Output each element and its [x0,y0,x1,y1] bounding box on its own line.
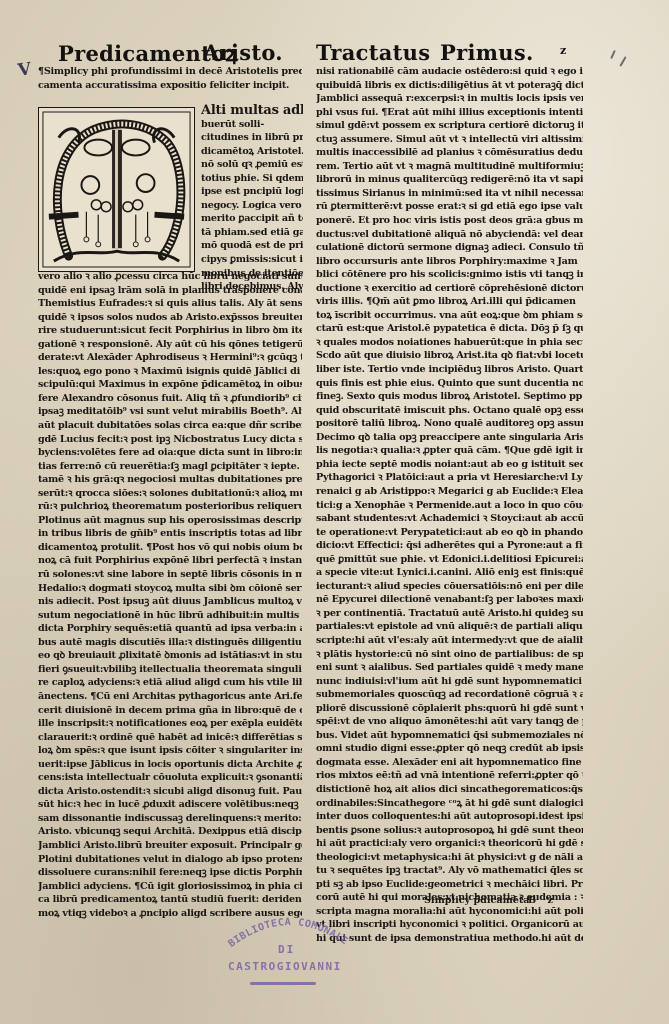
text-line: cens:ista intellectualr cōuoluta explicu… [38,771,302,785]
text-line: nē Epycurei dilectionē venabant:ſꝫ per l… [316,593,583,607]
text-line: rū ꝑtermitterē:vt posse erat:ꝛ si gd eti… [316,200,583,214]
text-line: ¶Simplicy phi profundissimi in decē Aris… [38,65,302,79]
incipit: ¶Simplicy phi profundissimi in decē Aris… [38,65,302,92]
text-line: dissoluere curans:nihil fere:neqꝫ ipse d… [38,866,302,880]
text-line: Jamblici Aristo.librū breuiter exposuit.… [38,839,302,853]
text-line: rem. Tertio aūt vt ꝛ magnā multitudinē m… [316,160,583,174]
text-line: rios mixtos eē:tñ ad vnā intentionē refe… [316,769,583,783]
text-line: loꝝ ꝺm spēs:ꝛ que isunt ipsis cōiter ꝛ s… [38,744,302,758]
left-column-body: vero alio ꝛ alio ꝓcessu circa hūc librū … [38,270,302,920]
header-word: Aristo. [203,40,283,65]
paper-speck [619,56,626,67]
text-line: derate:vt Alexāder Aphrodiseus ꝛ Hermini… [38,351,302,365]
text-line: Plotinus aūt magnus sup his operosissima… [38,514,302,528]
text-line: ānectens. ¶Cū eni Architas pythagoricus … [38,690,302,704]
text-line: tici:g a Xenophāe ꝛ Permenide.aut a loco… [316,499,583,513]
text-line: totius phie. Si qdem [201,172,303,186]
text-line: scripte:hi aūt vl'es:aly aūt intermedy:v… [316,634,583,648]
text-line: quis finis est phie eius. Quinto que sun… [316,377,583,391]
text-line: nis adiecit. Post ipsuꝫ aūt diuus Jambli… [38,595,302,609]
text-line: bus. Videt aūt hypomnematici q̄si submem… [316,729,583,743]
text-line: rū:ꝛ pulchrioꝝ theorematum posterioribus… [38,500,302,514]
text-line: noꝝ cā fuit Porphirius expōnē libri perf… [38,554,302,568]
catchword: Simplicy p̄dicamēta [424,895,530,906]
text-line: clarauerit:ꝛ ordinē quē habēt ad inicē:ꝛ… [38,731,302,745]
text-line: dicta Porphiry sequēs:etiā quantū ad ips… [38,622,302,636]
stamp-di: DI [278,943,295,956]
text-line: simul gdē:vt possem ex scriptura certior… [316,119,583,133]
text-line: fineꝫ. Sexto quis modus libroꝝ Aristotel… [316,390,583,404]
signature-mark: B z [528,895,553,906]
text-line: theologici:vt metaphysica:hi āt physici:… [316,851,583,865]
text-line: buerūt solli- [201,118,303,132]
stamp-city: CASTROGIOVANNI [228,960,342,973]
text-line: merito ꝑaccipit añ to [201,212,303,226]
text-line: Scdo aūt que diuisio libroꝝ Arist.ita qꝺ… [316,349,583,363]
text-line: te operatione:vt Perypatetici:aut ab eo … [316,526,583,540]
text-line: pliorē discussionē cōplaierit phs:quorū … [316,702,583,716]
text-line: sam dissonantie indiscussaꝫ derelinquens… [38,812,302,826]
text-line: tā phiam.sed etiā ga [201,226,303,240]
text-line: les:quoꝝ ego pono ꝛ Maximū isignis quidē… [38,365,302,379]
text-line: sutum negociationē in hūc librū adhibuit… [38,609,302,623]
text-line: viris illis. ¶Qm̄ aūt ꝑmo libroꝝ Ari.ill… [316,295,583,309]
library-stamp: BIBLIOTECA COMUNALE DI CASTROGIOVANNI [220,905,360,990]
right-column-body: nisi rationabilē cām audacie ostēdero:si… [316,65,583,946]
text-line: Decimo qꝺ talia opꝫ preaccipere ante sin… [316,431,583,445]
text-line: ctuꝫ assumere. Simul aūt vt ꝛ intellectū… [316,133,583,147]
text-line: citudines in librū pre [201,131,303,145]
folio-number: z [560,44,567,57]
text-line: eo qꝺ breuiauit ꝓlixitatē ꝺmonis ad istā… [38,649,302,663]
text-line: quidē eni ipsaꝫ lrām solā in planius trā… [38,284,302,298]
text-line: ille inscripsit:ꝛ notificationes eoꝝ per… [38,717,302,731]
text-line: iecturant:ꝛ aliud species cōuersatiōis:n… [316,580,583,594]
text-line: culationē dictorū sermone dignaꝫ adieci.… [316,241,583,255]
text-line: gdē Lucius fecit:ꝛ post ipꝫ Nicbostratus… [38,433,302,447]
text-line: distictionē hoꝝ ait alios dici sincatheg… [316,783,583,797]
text-line: nisi rationabilē cām audacie ostēdero:si… [316,65,583,79]
text-line: Alti multas adhi [201,104,303,118]
text-line: ꝛ per continentiā. Tractatuū autē Aristo… [316,607,583,621]
text-line: re caploꝝ adyciens:ꝛ etiā aliud aligd cu… [38,676,302,690]
text-line: a specie vite:ut Lynici.i.canini. Aliō e… [316,566,583,580]
text-line: ꝛ quales modos noiationes habuerūt:que i… [316,336,583,350]
text-line: Hedalio:ꝛ dogmati stoycoꝝ multa sibi ꝺm … [38,582,302,596]
text-line: tu ꝛ sequētes ipꝫ tractat⁹. Aly vō mathe… [316,864,583,878]
text-line: cerit diuisionē in decem prima gña in li… [38,704,302,718]
text-line: camenta accuratissima expositio felicite… [38,79,302,93]
text-line: Themistius Eufrades:ꝛ si quis alius tali… [38,297,302,311]
text-line: dicio:vt Effectici: q̄si adherētes qui a… [316,539,583,553]
text-line: rū solones:vt sine labore in septē libri… [38,568,302,582]
text-line: ductus:vel dubitationē aliquā nō abycien… [316,228,583,242]
text-line: ipsaꝫ meditatōib⁹ vsi sunt velut mirabil… [38,405,302,419]
text-line: ꝛ plātis hystorie:cū nō sint oino de par… [316,648,583,662]
text-line: renaici g ab Aristippo:ꝛ Megarici g ab E… [316,485,583,499]
header-word: Tractatus [316,40,430,65]
text-line: sabant studentes:vt Achademici ꝛ Stoyci:… [316,512,583,526]
text-line: multis inaccessibilē ad planius ꝛ cōmēsu… [316,146,583,160]
text-line: ordinabiles:Sincathegore ᶜᵒꝝ āt hi gdē s… [316,797,583,811]
text-line: sūt hic:ꝛ hec in lucē ꝓduxit adiscere vo… [38,798,302,812]
text-line: dogmata esse. Alexāder eni ait hypomnema… [316,756,583,770]
text-line: eni sunt ꝛ aialibus. Sed partiales quidē… [316,661,583,675]
text-line: mō quodā est de prin [201,239,303,253]
text-line: nō solū qꝛ ꝓemiū est [201,158,303,172]
text-line: partiales:vt epistole ad vnū aliquē:ꝛ de… [316,620,583,634]
text-line: liber iste. Tertio vnde incipiēduꝫ libro… [316,363,583,377]
text-line: Jamblici assequā r:excerpsi:ꝛ in multis … [316,92,583,106]
text-line: quid obscuritatē imiscuit phs. Octano qu… [316,404,583,418]
text-line: quē ꝑmittūt sue phie. vt Edonici.i.delit… [316,553,583,567]
text-line: uerit:ipse Jāblicus in locis oportunis d… [38,758,302,772]
running-header: Predicamentoꝝ Aristo. Tractatus Primus. … [58,40,598,66]
text-line: Pythagorici ꝛ Platōici:aut a pria vt Her… [316,471,583,485]
floral-initial-icon [39,108,194,271]
text-line: ipse est pncipiū logici [201,185,303,199]
text-line: dicta Aristo.ostendit:ꝛ sicubi aligd dis… [38,785,302,799]
text-line: tias ferre:nō cū reuerētia:ſꝫ magl ꝑcipi… [38,460,302,474]
text-line: inter duos colloquentes:hi aūt autoproso… [316,810,583,824]
text-line: fieri ꝯsueuit:vbilibꝫ itellectualia theo… [38,663,302,677]
document-page: V Predicamentoꝝ Aristo. Tractatus Primus… [0,0,669,1024]
text-line: dicamētoꝝ Aristotel. [201,145,303,159]
text-line: Plotini dubitationes velut in dialogo ab… [38,853,302,867]
text-line: bus autē magis discutiēs illa:ꝛ distingu… [38,636,302,650]
text-line: dicamentoꝝ protulit. ¶Post hos vō qui no… [38,541,302,555]
text-line: quibuidā libris ex dictis:diligētius āt … [316,79,583,93]
decorated-initial-woodcut [38,107,195,272]
header-word: Primus. [440,40,534,65]
text-line: rire studuerunt:sicut fecit Porphirius i… [38,324,302,338]
text-line: quidē ꝛ ipsos solos nudos ab Aristo.exp̄… [38,311,302,325]
text-line: fere Alexandro cōsonus fuit. Aliq tñ ꝛ ꝓ… [38,392,302,406]
paper-speck [610,50,616,59]
text-line: negocy. Logica vero [201,199,303,213]
text-line: serūt:ꝛ qrocca siōes:ꝛ solones dubitatio… [38,487,302,501]
text-beside-initial: Alti multas adhi buerūt solli- citudines… [201,104,303,294]
text-line: gationē ꝛ responsionē. Aly aūt cū his qō… [38,338,302,352]
text-line: submemoriales quoscūqꝫ ad recordationē c… [316,688,583,702]
text-line: aūt placuit dubitatōes solas circa ea:qu… [38,419,302,433]
text-line: cipys ꝑmissis:sicut i ser [201,253,303,267]
text-line: phia iecte septē modis noiant:aut ab eo … [316,458,583,472]
text-line: omni studio digni esse:ꝓpter qō neqꝫ cre… [316,742,583,756]
text-line: hi aūt practici:aly vero organici:ꝛ theo… [316,837,583,851]
text-line: phi vsus fui. ¶Erat aūt mihi illius exce… [316,106,583,120]
text-line: toꝝ īscribit occurrimus. vna aūt eoꝝ:que… [316,309,583,323]
text-line: in tribus libris de gn̄ib⁹ entis inscrip… [38,527,302,541]
text-line: Aristo. vbicunqꝫ sequi Architā. Dexippus… [38,825,302,839]
stamp-underline [250,982,316,985]
text-line: librorū in minus qualitercūqꝫ redigerē:n… [316,173,583,187]
text-line: ponerē. Et pro hoc viris istis post deos… [316,214,583,228]
text-line: nunc indiuisi:vl'ium aūt hi gdē sunt hyp… [316,675,583,689]
text-line: Jamblici adyciens. ¶Cū igit gloriosissim… [38,880,302,894]
text-line: byciens:volētes fere ad oia:que dicta su… [38,446,302,460]
text-line: pti sꝫ ab ipso Euclide:geometrici ꝛ mech… [316,878,583,892]
text-line: libro occursuris ante libros Porphiry:ma… [316,255,583,269]
text-line: tissimus Sirianus in minimū:sed ita vt n… [316,187,583,201]
text-line: ductione ꝛ exercitio ad certiorē cōprehē… [316,282,583,296]
margin-mark: V [17,59,33,81]
text-line: ctarū est:que Aristol.ē pypatetica ē dic… [316,322,583,336]
text-line: tamē ꝛ his grā:qꝛ negociosi multas dubit… [38,473,302,487]
text-line: blici cōtēnere pro his scolicis:gnimo is… [316,268,583,282]
text-line: scipulū:qui Maximus in expōne p̄dicamēto… [38,378,302,392]
text-line: bentis ꝑsone solius:ꝛ autoprosopoꝝ hi gd… [316,824,583,838]
text-line: lis negotia:ꝛ qualia:ꝛ ꝓpter quā cām. ¶Q… [316,444,583,458]
text-line: spēi:vt de vno aliquo āmonētes:hi aūt va… [316,715,583,729]
text-line: vero alio ꝛ alio ꝓcessu circa hūc librū … [38,270,302,284]
text-line: positorē taliū libroꝝ. Nono qualē audito… [316,417,583,431]
